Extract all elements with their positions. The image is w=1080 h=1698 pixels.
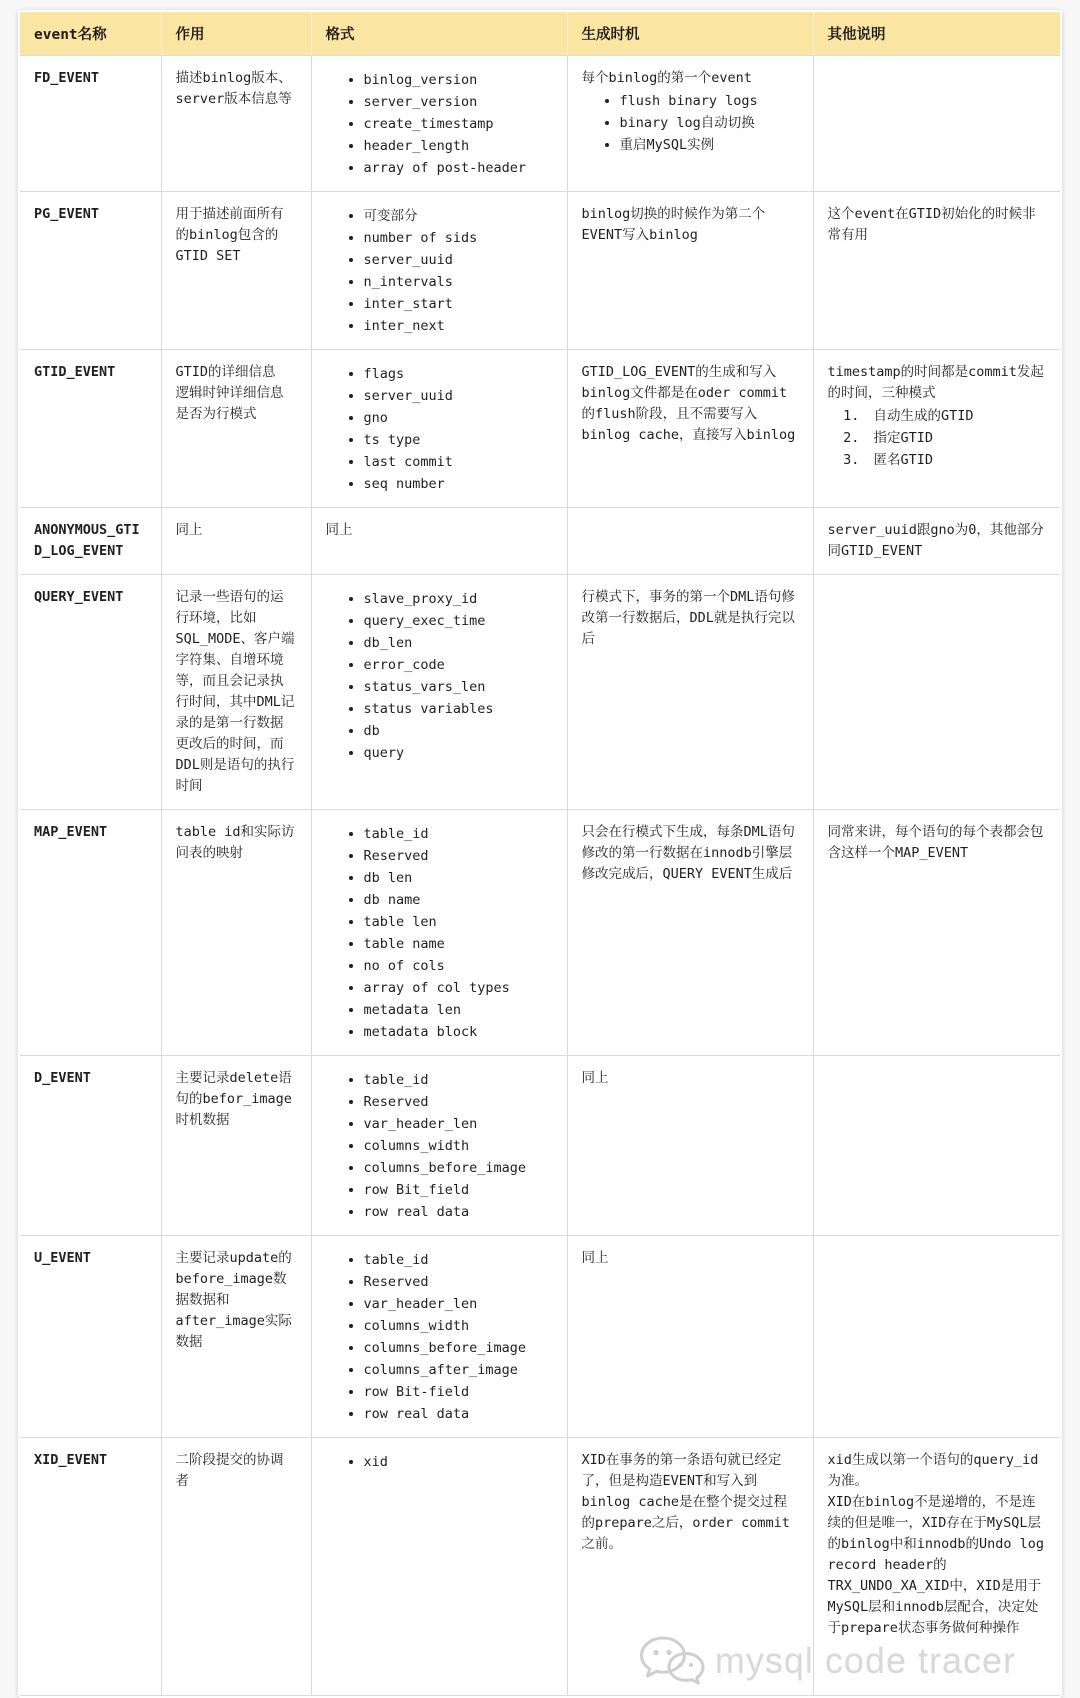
notes-text: 这个event在GTID初始化的时候非常有用 [828,204,1047,246]
purpose-text: 用于描述前面所有的binlog包含的GTID SET [176,204,297,267]
format-cell: table_idReserveddb lendb nametable lenta… [311,810,567,1056]
table-row: U_EVENT 主要记录update的before_image数据数据和afte… [20,1236,1060,1438]
format-cell: slave_proxy_idquery_exec_timedb_lenerror… [311,575,567,810]
purpose-cell: 同上 [161,508,311,575]
timing-text: 每个binlog的第一个event [582,68,799,89]
timing-cell: 只会在行模式下生成，每条DML语句修改的第一行数据在innodb引擎层修改完成后… [567,810,813,1056]
purpose-cell: 描述binlog版本、server版本信息等 [161,56,311,192]
column-header-event-name: event名称 [20,12,161,56]
purpose-cell: table id和实际访问表的映射 [161,810,311,1056]
format-text: 同上 [326,520,553,541]
notes-numbered-list: 自动生成的GTID指定GTID匿名GTID [828,405,1047,471]
format-list: flagsserver_uuidgnots typelast commitseq… [326,363,553,495]
event-name-cell: U_EVENT [20,1236,161,1438]
binlog-event-table: event名称 作用 格式 生成时机 其他说明 FD_EVENT 描述binlo… [20,12,1060,1654]
table-row: D_EVENT 主要记录delete语句的befor_image时机数据 tab… [20,1056,1060,1236]
event-name: FD_EVENT [34,68,147,89]
event-name-cell: D_EVENT [20,1056,161,1236]
format-list: slave_proxy_idquery_exec_timedb_lenerror… [326,588,553,764]
event-name-cell: XID_EVENT [20,1438,161,1655]
format-cell: xid [311,1438,567,1655]
format-list: table_idReservedvar_header_lencolumns_wi… [326,1249,553,1425]
notes-cell: 同常来讲，每个语句的每个表都会包含这样一个MAP_EVENT [813,810,1060,1056]
table-row: QUERY_EVENT 记录一些语句的运行环境，比如SQL_MODE、客户端字符… [20,575,1060,810]
timing-cell [567,508,813,575]
format-cell: table_idReservedvar_header_lencolumns_wi… [311,1236,567,1438]
notes-cell [813,1056,1060,1236]
event-name: PG_EVENT [34,204,147,225]
timing-cell: GTID_LOG_EVENT的生成和写入binlog文件都是在oder comm… [567,350,813,508]
event-name: ANONYMOUS_GTID_LOG_EVENT [34,520,147,562]
format-cell: 同上 [311,508,567,575]
timing-text: binlog切换的时候作为第二个EVENT写入binlog [582,204,799,246]
table-row: GTID_EVENT GTID的详细信息 逻辑时钟详细信息 是否为行模式 fla… [20,350,1060,508]
format-cell: table_idReservedvar_header_lencolumns_wi… [311,1056,567,1236]
notes-text: timestamp的时间都是commit发起的时间，三种模式 [828,362,1047,404]
timing-text: 同上 [582,1068,799,1089]
timing-text: XID在事务的第一条语句就已经定了，但是构造EVENT和写入到binlog ca… [582,1450,799,1555]
timing-cell: 行模式下，事务的第一个DML语句修改第一行数据后，DDL就是执行完以后 [567,575,813,810]
event-name-cell: PG_EVENT [20,192,161,350]
timing-cell: binlog切换的时候作为第二个EVENT写入binlog [567,192,813,350]
event-name-cell: GTID_EVENT [20,350,161,508]
table-row: FD_EVENT 描述binlog版本、server版本信息等 binlog_v… [20,56,1060,192]
format-list: 可变部分number of sidsserver_uuidn_intervals… [326,205,553,337]
format-list: binlog_versionserver_versioncreate_times… [326,69,553,179]
purpose-text: GTID的详细信息 逻辑时钟详细信息 是否为行模式 [176,362,297,425]
table-row: ANONYMOUS_GTID_LOG_EVENT 同上 同上 server_uu… [20,508,1060,575]
table-row: MAP_EVENT table id和实际访问表的映射 table_idRese… [20,810,1060,1056]
notes-text: xid生成以第一个语句的query_id为准。 XID在binlog不是递增的，… [828,1450,1047,1639]
timing-list: flush binary logsbinary log自动切换重启MySQL实例 [582,90,799,156]
notes-cell: server_uuid跟gno为0，其他部分同GTID_EVENT [813,508,1060,575]
event-name: GTID_EVENT [34,362,147,383]
event-name-cell: QUERY_EVENT [20,575,161,810]
format-list: table_idReservedvar_header_lencolumns_wi… [326,1069,553,1223]
content-card: event名称 作用 格式 生成时机 其他说明 FD_EVENT 描述binlo… [18,10,1062,1654]
event-name-cell: ANONYMOUS_GTID_LOG_EVENT [20,508,161,575]
purpose-cell: 用于描述前面所有的binlog包含的GTID SET [161,192,311,350]
timing-text: 同上 [582,1248,799,1269]
purpose-cell: 二阶段提交的协调者 [161,1438,311,1655]
notes-cell: timestamp的时间都是commit发起的时间，三种模式 自动生成的GTID… [813,350,1060,508]
purpose-cell: GTID的详细信息 逻辑时钟详细信息 是否为行模式 [161,350,311,508]
purpose-cell: 记录一些语句的运行环境，比如SQL_MODE、客户端字符集、自增环境等，而且会记… [161,575,311,810]
format-cell: binlog_versionserver_versioncreate_times… [311,56,567,192]
event-name-cell: MAP_EVENT [20,810,161,1056]
table-row: PG_EVENT 用于描述前面所有的binlog包含的GTID SET 可变部分… [20,192,1060,350]
purpose-text: 记录一些语句的运行环境，比如SQL_MODE、客户端字符集、自增环境等，而且会记… [176,587,297,797]
timing-cell: 同上 [567,1056,813,1236]
purpose-text: table id和实际访问表的映射 [176,822,297,864]
purpose-text: 二阶段提交的协调者 [176,1450,297,1492]
format-list: xid [326,1451,553,1473]
event-name: MAP_EVENT [34,822,147,843]
purpose-cell: 主要记录update的before_image数据数据和after_image实… [161,1236,311,1438]
purpose-cell: 主要记录delete语句的befor_image时机数据 [161,1056,311,1236]
timing-cell: 同上 [567,1236,813,1438]
purpose-text: 描述binlog版本、server版本信息等 [176,68,297,110]
column-header-format: 格式 [311,12,567,56]
table-row: XID_EVENT 二阶段提交的协调者 xid XID在事务的第一条语句就已经定… [20,1438,1060,1655]
notes-cell [813,1236,1060,1438]
timing-text: GTID_LOG_EVENT的生成和写入binlog文件都是在oder comm… [582,362,799,446]
timing-text: 行模式下，事务的第一个DML语句修改第一行数据后，DDL就是执行完以后 [582,587,799,650]
purpose-text: 同上 [176,520,297,541]
timing-cell: 每个binlog的第一个event flush binary logsbinar… [567,56,813,192]
timing-text: 只会在行模式下生成，每条DML语句修改的第一行数据在innodb引擎层修改完成后… [582,822,799,885]
notes-cell [813,575,1060,810]
header-row: event名称 作用 格式 生成时机 其他说明 [20,12,1060,56]
notes-text: 同常来讲，每个语句的每个表都会包含这样一个MAP_EVENT [828,822,1047,864]
notes-cell: xid生成以第一个语句的query_id为准。 XID在binlog不是递增的，… [813,1438,1060,1655]
event-name: QUERY_EVENT [34,587,147,608]
column-header-purpose: 作用 [161,12,311,56]
purpose-text: 主要记录update的before_image数据数据和after_image实… [176,1248,297,1353]
notes-cell [813,56,1060,192]
event-name: U_EVENT [34,1248,147,1269]
event-name: D_EVENT [34,1068,147,1089]
purpose-text: 主要记录delete语句的befor_image时机数据 [176,1068,297,1131]
event-name-cell: FD_EVENT [20,56,161,192]
format-list: table_idReserveddb lendb nametable lenta… [326,823,553,1043]
notes-cell: 这个event在GTID初始化的时候非常有用 [813,192,1060,350]
format-cell: flagsserver_uuidgnots typelast commitseq… [311,350,567,508]
timing-cell: XID在事务的第一条语句就已经定了，但是构造EVENT和写入到binlog ca… [567,1438,813,1655]
event-name: XID_EVENT [34,1450,147,1471]
column-header-notes: 其他说明 [813,12,1060,56]
notes-text: server_uuid跟gno为0，其他部分同GTID_EVENT [828,520,1047,562]
format-cell: 可变部分number of sidsserver_uuidn_intervals… [311,192,567,350]
column-header-timing: 生成时机 [567,12,813,56]
